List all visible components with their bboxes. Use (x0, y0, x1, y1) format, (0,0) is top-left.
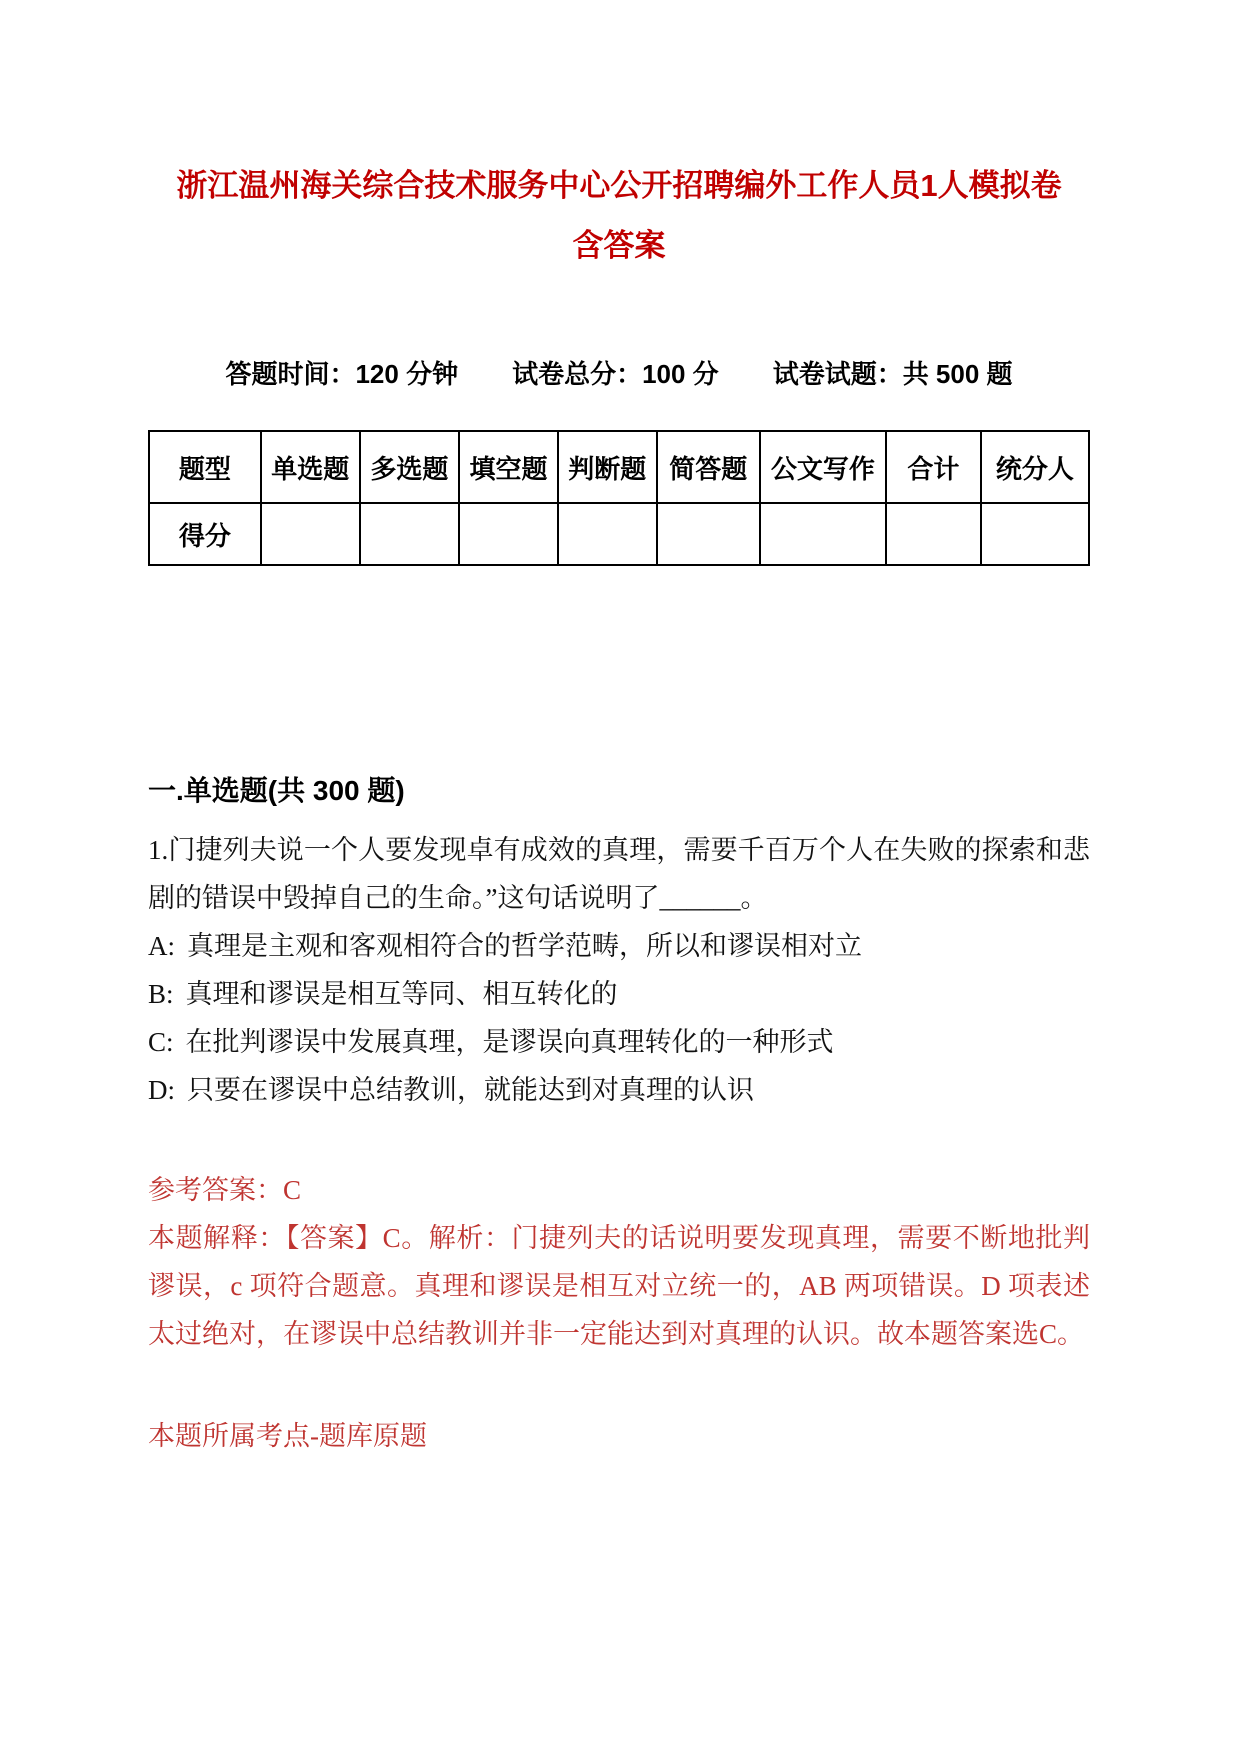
score-table: 题型 单选题 多选题 填空题 判断题 简答题 公文写作 合计 统分人 得分 (148, 430, 1090, 566)
page-title-line2: 含答案 (148, 216, 1090, 276)
score-cell-empty (981, 503, 1089, 565)
exam-info-total-score: 试卷总分：100 分 (512, 358, 719, 390)
option-d: D:只要在谬误中总结教训，就能达到对真理的认识 (148, 1066, 1090, 1114)
option-b-text: 真理和谬误是相互等同、相互转化的 (186, 979, 618, 1009)
score-cell-empty (261, 503, 360, 565)
answer-explanation: 本题解释：【答案】C。解析：门捷列夫的话说明要发现真理，需要不断地批判谬误，c … (148, 1214, 1090, 1358)
document-content: 浙江温州海关综合技术服务中心公开招聘编外工作人员1人模拟卷 含答案 答题时间：1… (148, 156, 1090, 1460)
exam-point-source: 本题所属考点-题库原题 (148, 1412, 1090, 1460)
score-table-score-row: 得分 (149, 503, 1089, 565)
score-table-header-cell: 合计 (886, 431, 981, 503)
score-table-header-cell: 填空题 (459, 431, 558, 503)
reference-answer: 参考答案：C (148, 1166, 1090, 1214)
option-c: C:在批判谬误中发展真理，是谬误向真理转化的一种形式 (148, 1018, 1090, 1066)
option-b-label: B: (148, 979, 174, 1009)
section-heading: 一.单选题(共 300 题) (148, 770, 1090, 812)
exam-info-duration: 答题时间：120 分钟 (225, 358, 458, 390)
score-table-header-cell: 简答题 (657, 431, 760, 503)
option-d-text: 只要在谬误中总结教训，就能达到对真理的认识 (187, 1075, 754, 1105)
score-table-header-cell: 统分人 (981, 431, 1089, 503)
score-table-header-row: 题型 单选题 多选题 填空题 判断题 简答题 公文写作 合计 统分人 (149, 431, 1089, 503)
score-cell-empty (459, 503, 558, 565)
page-title-line1: 浙江温州海关综合技术服务中心公开招聘编外工作人员1人模拟卷 (148, 156, 1090, 216)
exam-info-question-count: 试卷试题：共 500 题 (773, 358, 1013, 390)
score-cell-empty (558, 503, 657, 565)
score-cell-empty (360, 503, 460, 565)
page-title: 浙江温州海关综合技术服务中心公开招聘编外工作人员1人模拟卷 含答案 (148, 156, 1090, 276)
score-cell-empty (760, 503, 886, 565)
score-cell-empty (657, 503, 760, 565)
score-table-header-cell: 公文写作 (760, 431, 886, 503)
option-a-label: A: (148, 931, 175, 961)
option-b: B:真理和谬误是相互等同、相互转化的 (148, 970, 1090, 1018)
exam-document-page: 浙江温州海关综合技术服务中心公开招聘编外工作人员1人模拟卷 含答案 答题时间：1… (0, 0, 1240, 1753)
option-a: A:真理是主观和客观相符合的哲学范畴，所以和谬误相对立 (148, 922, 1090, 970)
score-table-header-cell: 单选题 (261, 431, 360, 503)
answer-block: 参考答案：C 本题解释：【答案】C。解析：门捷列夫的话说明要发现真理，需要不断地… (148, 1166, 1090, 1358)
option-c-label: C: (148, 1027, 174, 1057)
score-table-header-cell: 题型 (149, 431, 261, 503)
exam-info-bar: 答题时间：120 分钟 试卷总分：100 分 试卷试题：共 500 题 (148, 358, 1090, 390)
question-text: 1.门捷列夫说一个人要发现卓有成效的真理，需要千百万个人在失败的探索和悲剧的错误… (148, 826, 1090, 922)
option-d-label: D: (148, 1075, 175, 1105)
option-c-text: 在批判谬误中发展真理，是谬误向真理转化的一种形式 (186, 1027, 834, 1057)
score-table-header-cell: 多选题 (360, 431, 460, 503)
option-a-text: 真理是主观和客观相符合的哲学范畴，所以和谬误相对立 (187, 931, 862, 961)
score-table-header-cell: 判断题 (558, 431, 657, 503)
question-options: A:真理是主观和客观相符合的哲学范畴，所以和谬误相对立 B:真理和谬误是相互等同… (148, 922, 1090, 1114)
score-row-label: 得分 (149, 503, 261, 565)
score-cell-empty (886, 503, 981, 565)
